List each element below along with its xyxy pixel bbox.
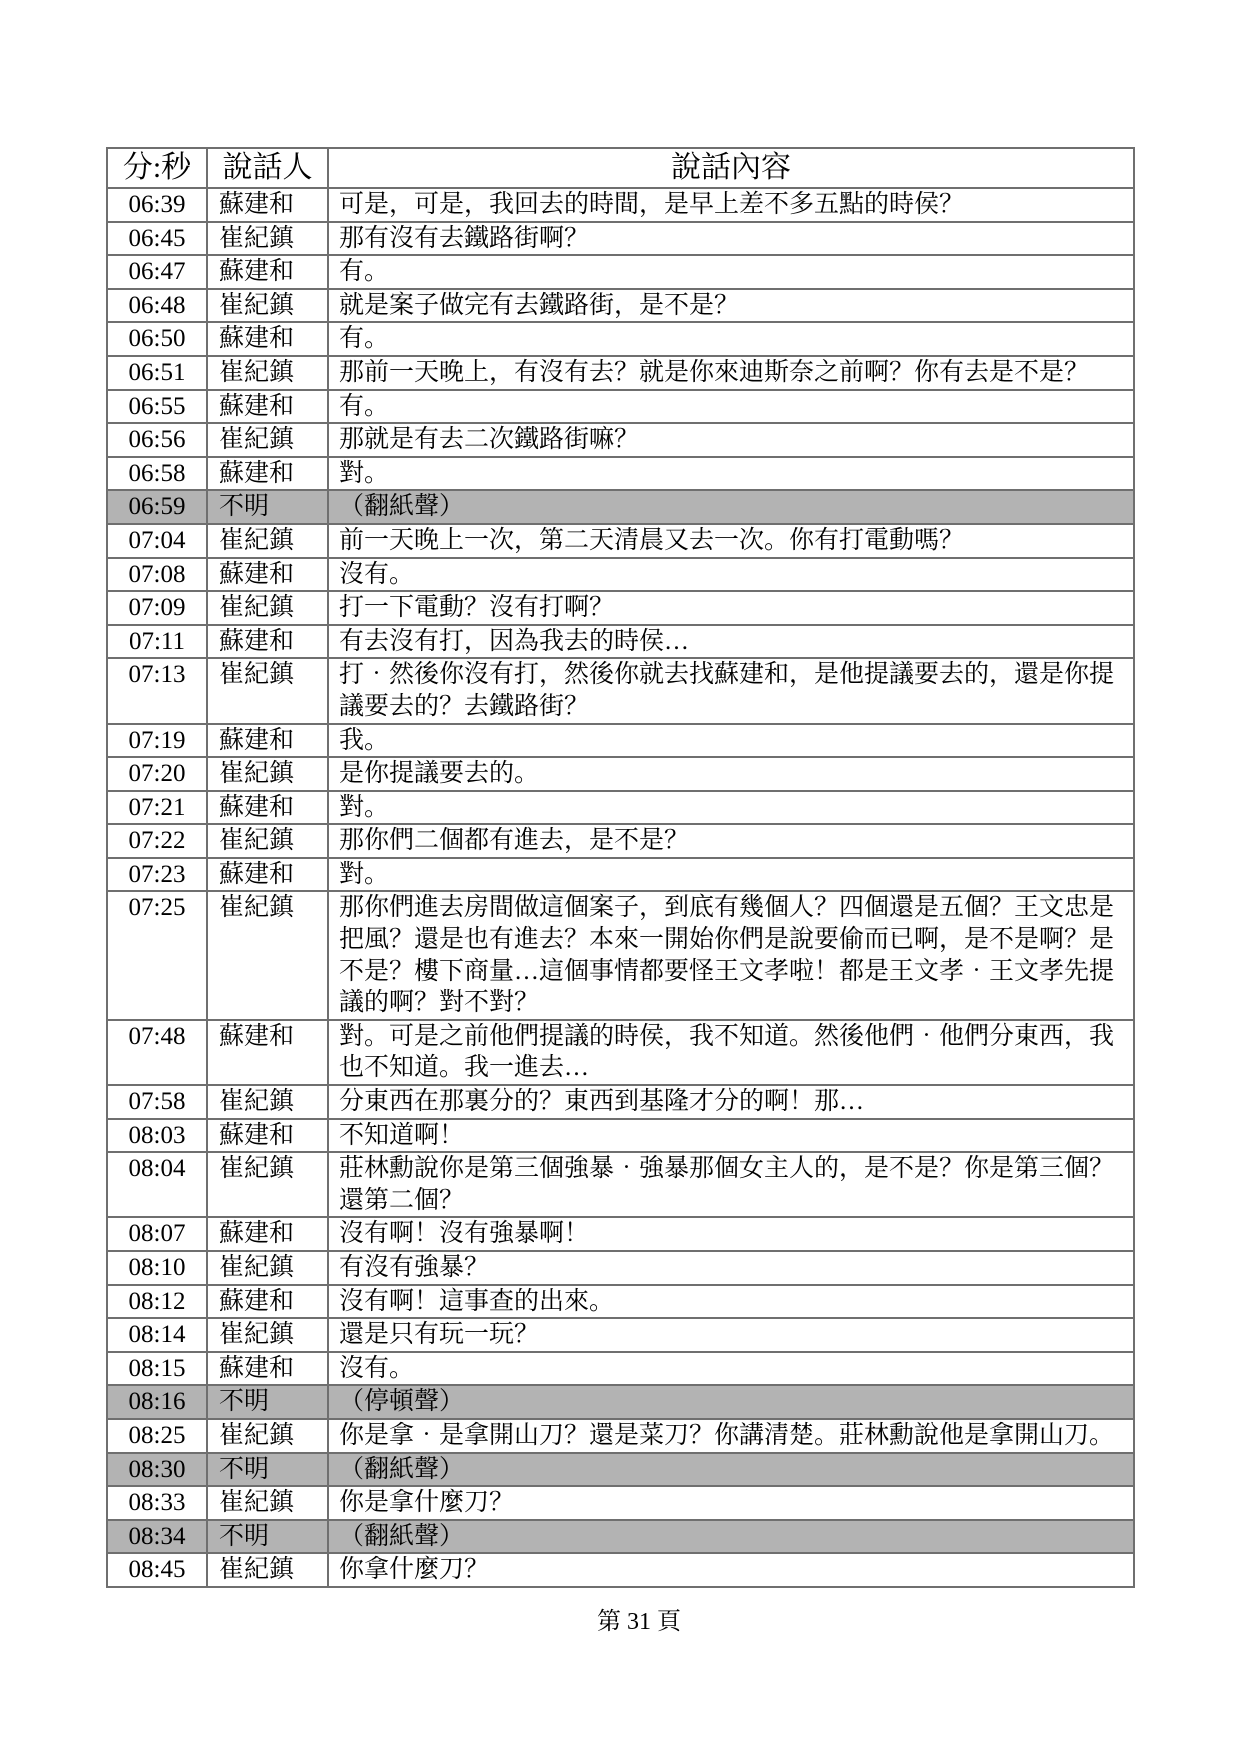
- speech-content-cell: 有。: [328, 322, 1134, 356]
- speech-line: 沒有啊！這事查的出來。: [339, 1286, 1129, 1318]
- table-row: 07:21蘇建和對。: [107, 791, 1134, 825]
- table-row: 07:25崔紀鎮那你們進去房間做這個案子，到底有幾個人？四個還是五個？王文忠是把…: [107, 891, 1134, 1019]
- speech-content-cell: 有。: [328, 255, 1134, 289]
- speech-line: （停頓聲）: [339, 1386, 1129, 1418]
- timestamp-cell: 06:50: [107, 322, 207, 356]
- timestamp-cell: 07:20: [107, 757, 207, 791]
- speech-line: 那你們二個都有進去，是不是？: [339, 825, 1129, 857]
- speech-content-cell: 對。可是之前他們提議的時侯，我不知道。然後他們‧他們分東西，我也不知道。我一進去…: [328, 1020, 1134, 1085]
- speech-line: 議要去的？去鐵路街？: [339, 691, 1129, 723]
- speaker-cell: 蘇建和: [207, 1020, 328, 1085]
- timestamp-cell: 07:25: [107, 891, 207, 1019]
- speech-content-cell: 有去沒有打，因為我去的時侯…: [328, 625, 1134, 659]
- timestamp-cell: 08:14: [107, 1318, 207, 1352]
- table-row: 07:13崔紀鎮打‧然後你沒有打，然後你就去找蘇建和，是他提議要去的，還是你提議…: [107, 658, 1134, 723]
- speech-line: 你是拿‧是拿開山刀？還是菜刀？你講清楚。莊林勳說他是拿開山刀。: [339, 1420, 1129, 1452]
- speech-content-cell: （翻紙聲）: [328, 1453, 1134, 1487]
- speaker-cell: 蘇建和: [207, 1352, 328, 1386]
- table-row: 08:10崔紀鎮有沒有強暴？: [107, 1251, 1134, 1285]
- speech-line: （翻紙聲）: [339, 1454, 1129, 1486]
- timestamp-cell: 08:34: [107, 1520, 207, 1554]
- speech-content-cell: 打一下電動？沒有打啊？: [328, 591, 1134, 625]
- speaker-cell: 崔紀鎮: [207, 1553, 328, 1587]
- speaker-cell: 崔紀鎮: [207, 757, 328, 791]
- table-row-noise: 06:59不明（翻紙聲）: [107, 490, 1134, 524]
- speech-line: 我。: [339, 725, 1129, 757]
- timestamp-cell: 06:51: [107, 356, 207, 390]
- speech-content-cell: 那前一天晚上，有沒有去？就是你來迪斯奈之前啊？你有去是不是？: [328, 356, 1134, 390]
- speaker-cell: 蘇建和: [207, 457, 328, 491]
- speech-line: 那就是有去二次鐵路街嘛？: [339, 424, 1129, 456]
- speech-line: 是你提議要去的。: [339, 758, 1129, 790]
- header-content: 說話內容: [328, 148, 1134, 188]
- table-row: 07:08蘇建和沒有。: [107, 558, 1134, 592]
- timestamp-cell: 07:21: [107, 791, 207, 825]
- speech-content-cell: 那你們進去房間做這個案子，到底有幾個人？四個還是五個？王文忠是把風？還是也有進去…: [328, 891, 1134, 1019]
- speech-line: 沒有啊！沒有強暴啊！: [339, 1218, 1129, 1250]
- table-row: 08:15蘇建和沒有。: [107, 1352, 1134, 1386]
- speaker-cell: 不明: [207, 490, 328, 524]
- speech-content-cell: 就是案子做完有去鐵路街，是不是？: [328, 289, 1134, 323]
- speech-line: 你是拿什麼刀？: [339, 1487, 1129, 1519]
- table-row-noise: 08:16不明（停頓聲）: [107, 1385, 1134, 1419]
- table-row: 06:55蘇建和有。: [107, 390, 1134, 424]
- speaker-cell: 蘇建和: [207, 322, 328, 356]
- speech-content-cell: 對。: [328, 457, 1134, 491]
- speech-line: 對。: [339, 458, 1129, 490]
- speech-line: 你拿什麼刀？: [339, 1554, 1129, 1586]
- speech-content-cell: 打‧然後你沒有打，然後你就去找蘇建和，是他提議要去的，還是你提議要去的？去鐵路街…: [328, 658, 1134, 723]
- speaker-cell: 崔紀鎮: [207, 891, 328, 1019]
- speech-line: 還第二個？: [339, 1185, 1129, 1217]
- timestamp-cell: 08:45: [107, 1553, 207, 1587]
- speech-line: 那你們進去房間做這個案子，到底有幾個人？四個還是五個？王文忠是: [339, 892, 1129, 924]
- speech-content-cell: 我。: [328, 724, 1134, 758]
- speech-line: 莊林勳說你是第三個強暴‧強暴那個女主人的，是不是？你是第三個？: [339, 1153, 1129, 1185]
- speech-line: 對。: [339, 859, 1129, 891]
- speech-line: 有去沒有打，因為我去的時侯…: [339, 626, 1129, 658]
- timestamp-cell: 08:25: [107, 1419, 207, 1453]
- speaker-cell: 崔紀鎮: [207, 1085, 328, 1119]
- timestamp-cell: 08:07: [107, 1217, 207, 1251]
- speech-content-cell: 對。: [328, 858, 1134, 892]
- table-row: 06:39蘇建和可是，可是，我回去的時間，是早上差不多五點的時侯？: [107, 188, 1134, 222]
- speaker-cell: 蘇建和: [207, 1119, 328, 1153]
- speech-line: 不知道啊！: [339, 1120, 1129, 1152]
- speech-content-cell: 還是只有玩一玩？: [328, 1318, 1134, 1352]
- timestamp-cell: 06:39: [107, 188, 207, 222]
- table-row: 07:11蘇建和有去沒有打，因為我去的時侯…: [107, 625, 1134, 659]
- table-row: 08:07蘇建和沒有啊！沒有強暴啊！: [107, 1217, 1134, 1251]
- speaker-cell: 崔紀鎮: [207, 591, 328, 625]
- speech-line: （翻紙聲）: [339, 1521, 1129, 1553]
- timestamp-cell: 07:13: [107, 658, 207, 723]
- timestamp-cell: 08:33: [107, 1486, 207, 1520]
- speech-content-cell: 莊林勳說你是第三個強暴‧強暴那個女主人的，是不是？你是第三個？還第二個？: [328, 1152, 1134, 1217]
- transcript-body: 06:39蘇建和可是，可是，我回去的時間，是早上差不多五點的時侯？06:45崔紀…: [107, 188, 1134, 1587]
- table-row: 08:12蘇建和沒有啊！這事查的出來。: [107, 1285, 1134, 1319]
- table-row: 08:45崔紀鎮你拿什麼刀？: [107, 1553, 1134, 1587]
- speech-line: 打一下電動？沒有打啊？: [339, 592, 1129, 624]
- speech-content-cell: 你拿什麼刀？: [328, 1553, 1134, 1587]
- table-row: 06:56崔紀鎮那就是有去二次鐵路街嘛？: [107, 423, 1134, 457]
- speaker-cell: 蘇建和: [207, 791, 328, 825]
- speech-content-cell: 是你提議要去的。: [328, 757, 1134, 791]
- timestamp-cell: 07:48: [107, 1020, 207, 1085]
- speech-content-cell: 那有沒有去鐵路街啊？: [328, 222, 1134, 256]
- table-row: 07:04崔紀鎮前一天晚上一次，第二天清晨又去一次。你有打電動嗎？: [107, 524, 1134, 558]
- speech-line: 沒有。: [339, 1353, 1129, 1385]
- timestamp-cell: 06:47: [107, 255, 207, 289]
- speaker-cell: 蘇建和: [207, 1217, 328, 1251]
- table-row: 07:22崔紀鎮那你們二個都有進去，是不是？: [107, 824, 1134, 858]
- speech-content-cell: （翻紙聲）: [328, 490, 1134, 524]
- speech-line: 有。: [339, 391, 1129, 423]
- table-row: 06:45崔紀鎮那有沒有去鐵路街啊？: [107, 222, 1134, 256]
- timestamp-cell: 08:10: [107, 1251, 207, 1285]
- speaker-cell: 崔紀鎮: [207, 356, 328, 390]
- table-row: 08:33崔紀鎮你是拿什麼刀？: [107, 1486, 1134, 1520]
- speaker-cell: 不明: [207, 1385, 328, 1419]
- speech-line: 不是？樓下商量…這個事情都要怪王文孝啦！都是王文孝‧王文孝先提: [339, 956, 1129, 988]
- speech-line: 前一天晚上一次，第二天清晨又去一次。你有打電動嗎？: [339, 525, 1129, 557]
- speaker-cell: 崔紀鎮: [207, 524, 328, 558]
- speaker-cell: 蘇建和: [207, 255, 328, 289]
- speech-content-cell: 那你們二個都有進去，是不是？: [328, 824, 1134, 858]
- table-row: 07:58崔紀鎮分東西在那裏分的？東西到基隆才分的啊！那…: [107, 1085, 1134, 1119]
- speaker-cell: 崔紀鎮: [207, 1251, 328, 1285]
- speaker-cell: 崔紀鎮: [207, 1152, 328, 1217]
- speech-line: 就是案子做完有去鐵路街，是不是？: [339, 290, 1129, 322]
- speaker-cell: 崔紀鎮: [207, 222, 328, 256]
- speaker-cell: 不明: [207, 1520, 328, 1554]
- speech-content-cell: 有沒有強暴？: [328, 1251, 1134, 1285]
- speaker-cell: 蘇建和: [207, 1285, 328, 1319]
- speaker-cell: 崔紀鎮: [207, 658, 328, 723]
- speech-line: 也不知道。我一進去…: [339, 1052, 1129, 1084]
- table-row: 07:09崔紀鎮打一下電動？沒有打啊？: [107, 591, 1134, 625]
- timestamp-cell: 07:09: [107, 591, 207, 625]
- speaker-cell: 蘇建和: [207, 188, 328, 222]
- speech-line: 有。: [339, 323, 1129, 355]
- table-row: 06:47蘇建和有。: [107, 255, 1134, 289]
- speech-content-cell: 沒有啊！沒有強暴啊！: [328, 1217, 1134, 1251]
- table-row: 06:50蘇建和有。: [107, 322, 1134, 356]
- timestamp-cell: 08:03: [107, 1119, 207, 1153]
- speech-line: （翻紙聲）: [339, 491, 1129, 523]
- speech-line: 把風？還是也有進去？本來一開始你們是說要偷而已啊，是不是啊？是: [339, 924, 1129, 956]
- speaker-cell: 崔紀鎮: [207, 289, 328, 323]
- timestamp-cell: 07:04: [107, 524, 207, 558]
- speech-content-cell: 前一天晚上一次，第二天清晨又去一次。你有打電動嗎？: [328, 524, 1134, 558]
- speech-line: 沒有。: [339, 559, 1129, 591]
- speaker-cell: 崔紀鎮: [207, 423, 328, 457]
- timestamp-cell: 07:23: [107, 858, 207, 892]
- speech-content-cell: 對。: [328, 791, 1134, 825]
- speech-content-cell: 那就是有去二次鐵路街嘛？: [328, 423, 1134, 457]
- table-row: 08:04崔紀鎮莊林勳說你是第三個強暴‧強暴那個女主人的，是不是？你是第三個？還…: [107, 1152, 1134, 1217]
- timestamp-cell: 06:55: [107, 390, 207, 424]
- speech-content-cell: 不知道啊！: [328, 1119, 1134, 1153]
- speaker-cell: 蘇建和: [207, 858, 328, 892]
- speech-content-cell: 可是，可是，我回去的時間，是早上差不多五點的時侯？: [328, 188, 1134, 222]
- page-number: 第 31 頁: [597, 1605, 681, 1639]
- timestamp-cell: 07:58: [107, 1085, 207, 1119]
- timestamp-cell: 07:11: [107, 625, 207, 659]
- speaker-cell: 蘇建和: [207, 390, 328, 424]
- transcript-table: 分:秒 說話人 說話內容 06:39蘇建和可是，可是，我回去的時間，是早上差不多…: [106, 147, 1135, 1588]
- timestamp-cell: 06:58: [107, 457, 207, 491]
- speech-content-cell: 沒有。: [328, 558, 1134, 592]
- speech-line: 對。: [339, 792, 1129, 824]
- speech-content-cell: 分東西在那裏分的？東西到基隆才分的啊！那…: [328, 1085, 1134, 1119]
- timestamp-cell: 07:08: [107, 558, 207, 592]
- table-row: 07:23蘇建和對。: [107, 858, 1134, 892]
- speech-line: 還是只有玩一玩？: [339, 1319, 1129, 1351]
- table-row: 06:58蘇建和對。: [107, 457, 1134, 491]
- table-row: 06:51崔紀鎮那前一天晚上，有沒有去？就是你來迪斯奈之前啊？你有去是不是？: [107, 356, 1134, 390]
- speech-line: 打‧然後你沒有打，然後你就去找蘇建和，是他提議要去的，還是你提: [339, 659, 1129, 691]
- speaker-cell: 崔紀鎮: [207, 1419, 328, 1453]
- table-row-noise: 08:30不明（翻紙聲）: [107, 1453, 1134, 1487]
- speech-content-cell: 你是拿什麼刀？: [328, 1486, 1134, 1520]
- speaker-cell: 蘇建和: [207, 724, 328, 758]
- speech-line: 那有沒有去鐵路街啊？: [339, 223, 1129, 255]
- table-row-noise: 08:34不明（翻紙聲）: [107, 1520, 1134, 1554]
- table-row: 08:03蘇建和不知道啊！: [107, 1119, 1134, 1153]
- speech-content-cell: 沒有。: [328, 1352, 1134, 1386]
- speech-content-cell: （翻紙聲）: [328, 1520, 1134, 1554]
- speech-content-cell: 沒有啊！這事查的出來。: [328, 1285, 1134, 1319]
- speaker-cell: 不明: [207, 1453, 328, 1487]
- table-row: 08:14崔紀鎮還是只有玩一玩？: [107, 1318, 1134, 1352]
- table-row: 07:20崔紀鎮是你提議要去的。: [107, 757, 1134, 791]
- timestamp-cell: 08:16: [107, 1385, 207, 1419]
- speech-line: 那前一天晚上，有沒有去？就是你來迪斯奈之前啊？你有去是不是？: [339, 357, 1129, 389]
- speech-line: 有沒有強暴？: [339, 1252, 1129, 1284]
- table-row: 07:19蘇建和我。: [107, 724, 1134, 758]
- timestamp-cell: 06:59: [107, 490, 207, 524]
- speech-line: 有。: [339, 256, 1129, 288]
- timestamp-cell: 07:22: [107, 824, 207, 858]
- speaker-cell: 崔紀鎮: [207, 1318, 328, 1352]
- table-header-row: 分:秒 說話人 說話內容: [107, 148, 1134, 188]
- timestamp-cell: 08:30: [107, 1453, 207, 1487]
- speech-line: 分東西在那裏分的？東西到基隆才分的啊！那…: [339, 1086, 1129, 1118]
- speech-content-cell: 你是拿‧是拿開山刀？還是菜刀？你講清楚。莊林勳說他是拿開山刀。: [328, 1419, 1134, 1453]
- timestamp-cell: 08:12: [107, 1285, 207, 1319]
- table-row: 06:48崔紀鎮就是案子做完有去鐵路街，是不是？: [107, 289, 1134, 323]
- header-speaker: 說話人: [207, 148, 328, 188]
- timestamp-cell: 08:15: [107, 1352, 207, 1386]
- timestamp-cell: 08:04: [107, 1152, 207, 1217]
- speaker-cell: 蘇建和: [207, 558, 328, 592]
- speaker-cell: 崔紀鎮: [207, 1486, 328, 1520]
- speech-content-cell: （停頓聲）: [328, 1385, 1134, 1419]
- speech-line: 可是，可是，我回去的時間，是早上差不多五點的時侯？: [339, 189, 1129, 221]
- speech-line: 對。可是之前他們提議的時侯，我不知道。然後他們‧他們分東西，我: [339, 1021, 1129, 1053]
- timestamp-cell: 07:19: [107, 724, 207, 758]
- timestamp-cell: 06:45: [107, 222, 207, 256]
- table-row: 08:25崔紀鎮你是拿‧是拿開山刀？還是菜刀？你講清楚。莊林勳說他是拿開山刀。: [107, 1419, 1134, 1453]
- timestamp-cell: 06:56: [107, 423, 207, 457]
- speaker-cell: 崔紀鎮: [207, 824, 328, 858]
- speech-content-cell: 有。: [328, 390, 1134, 424]
- speaker-cell: 蘇建和: [207, 625, 328, 659]
- table-row: 07:48蘇建和對。可是之前他們提議的時侯，我不知道。然後他們‧他們分東西，我也…: [107, 1020, 1134, 1085]
- timestamp-cell: 06:48: [107, 289, 207, 323]
- header-time: 分:秒: [107, 148, 207, 188]
- speech-line: 議的啊？對不對？: [339, 987, 1129, 1019]
